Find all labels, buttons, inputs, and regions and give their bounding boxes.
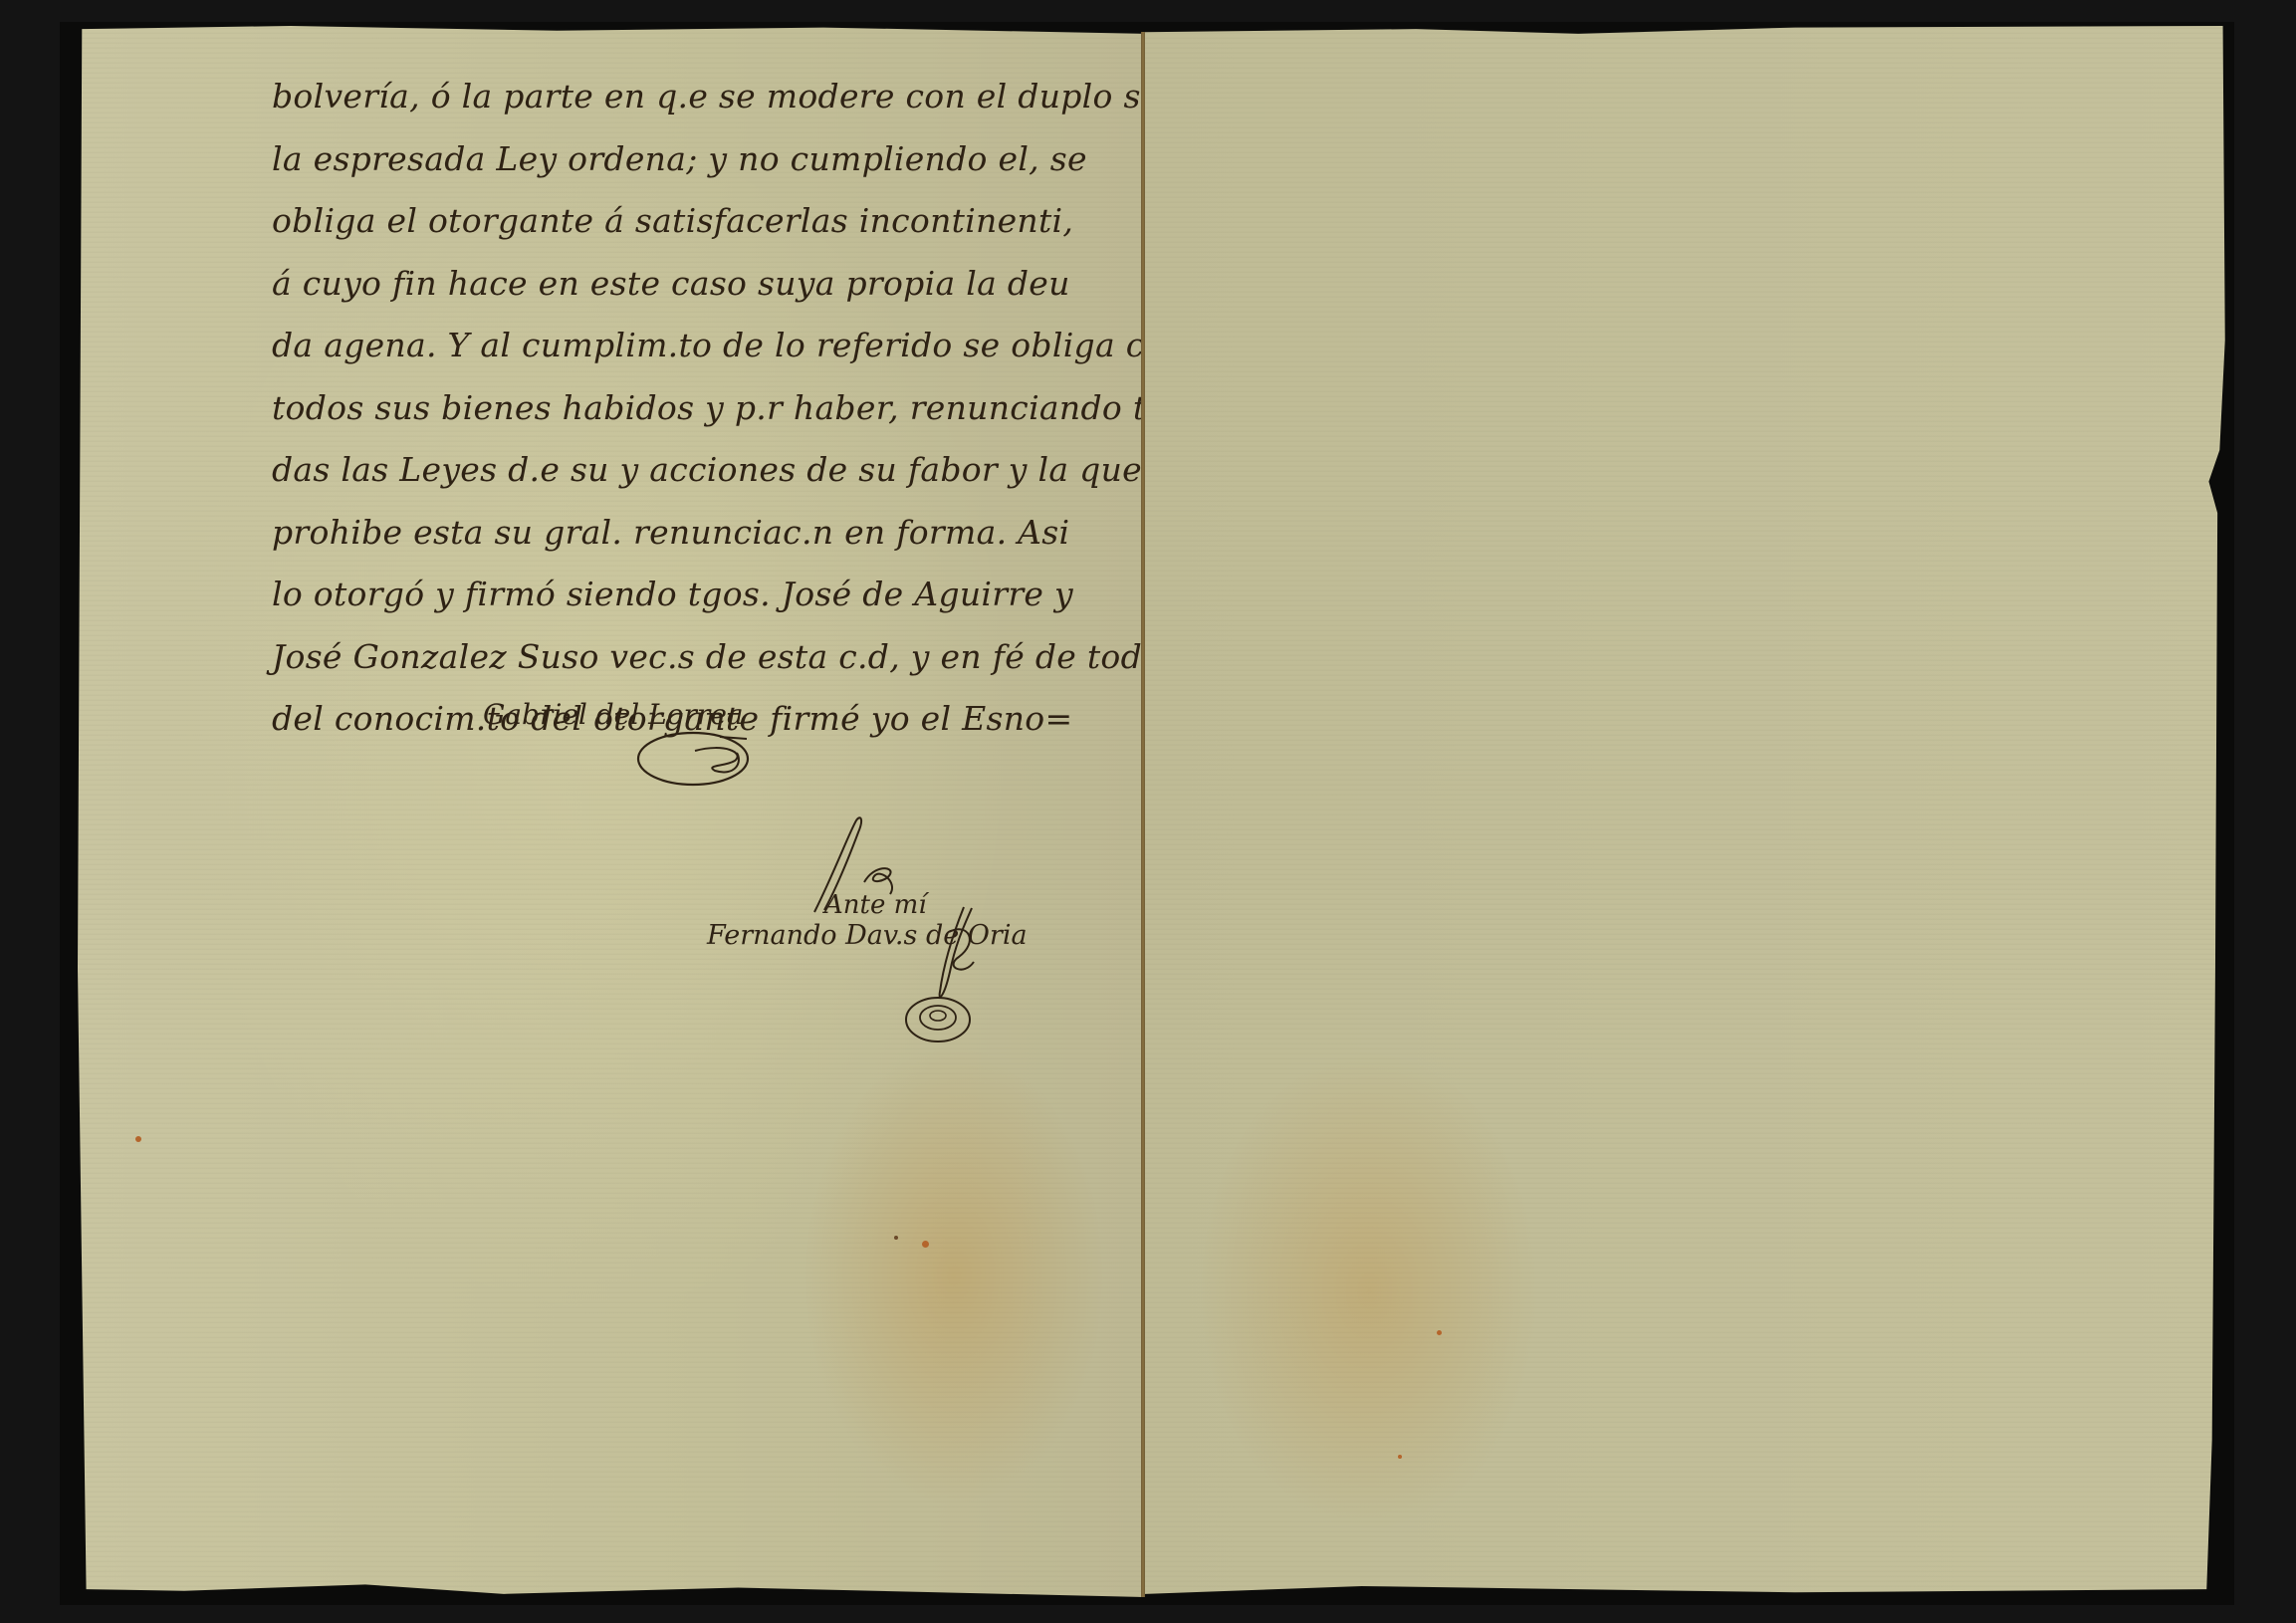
manuscript-line: das las Leyes d.e su y acciones de su fa…	[272, 439, 1128, 502]
rubric-flourish-icon	[625, 723, 775, 793]
foxing-spot	[1437, 1330, 1442, 1335]
manuscript-line: todos sus bienes habidos y p.r haber, re…	[272, 377, 1128, 440]
foxing-spot	[1398, 1455, 1402, 1459]
foxing-spot	[894, 1236, 898, 1240]
foxing-spot	[922, 1241, 929, 1248]
left-page: bolvería, ó la parte en q.e se modere co…	[78, 26, 1143, 1597]
foxing-spot	[135, 1136, 141, 1142]
manuscript-line: á cuyo fin hace en este caso suya propia…	[272, 253, 1128, 316]
right-page	[1145, 26, 2228, 1597]
manuscript-line: bolvería, ó la parte en q.e se modere co…	[272, 66, 1128, 128]
manuscript-line: lo otorgó y firmó siendo tgos. José de A…	[272, 564, 1128, 626]
manuscript-line: la espresada Ley ordena; y no cumpliendo…	[272, 128, 1128, 191]
escribano-rubric-icon	[894, 902, 1004, 1051]
page-fold-spine	[1141, 32, 1145, 1597]
manuscript-line: da agena. Y al cumplim.to de lo referido…	[272, 315, 1128, 377]
manuscript-text: bolvería, ó la parte en q.e se modere co…	[272, 66, 1128, 751]
paper-texture	[1145, 26, 2228, 1597]
manuscript-line: José Gonzalez Suso vec.s de esta c.d, y …	[272, 626, 1128, 689]
manuscript-line: obliga el otorgante á satisfacerlas inco…	[272, 190, 1128, 253]
manuscript-line: prohibe esta su gral. renunciac.n en for…	[272, 502, 1128, 565]
